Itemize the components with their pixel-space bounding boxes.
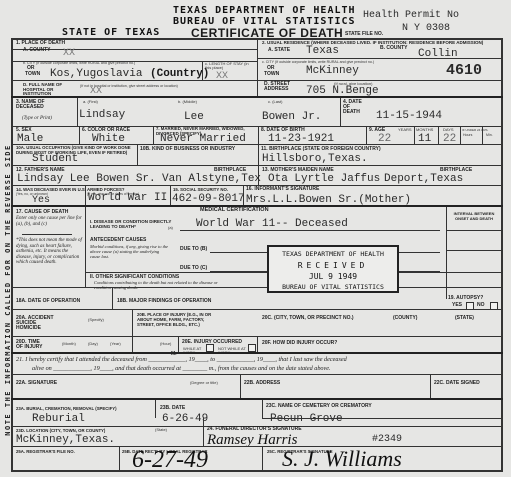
res-state-value: Texas xyxy=(306,46,339,57)
state-title: STATE OF TEXAS xyxy=(62,27,160,38)
injury-state-label: (STATE) xyxy=(455,316,474,321)
address-label: 22b. ADDRESS xyxy=(244,381,280,386)
pod-county-value: XX xyxy=(63,48,75,59)
res-state-label: a. STATE xyxy=(268,48,290,53)
time-hour: (Hour) xyxy=(160,342,171,346)
pod-city-value: Kos,Yugoslavia xyxy=(50,69,142,80)
burial-date-value: 6-26-49 xyxy=(162,414,208,425)
time-year: (Year) xyxy=(110,342,121,346)
age-months-label: MONTHS xyxy=(416,128,433,132)
sex-value: Male xyxy=(17,134,43,145)
res-city-value: McKinney xyxy=(306,66,359,77)
age-days-label: DAYS xyxy=(443,128,454,132)
dob-value: 11-23-1921 xyxy=(268,134,334,145)
ssn-label: 15. SOCIAL SECURITY NO. xyxy=(173,187,228,192)
certify-line1: 21. I hereby certify that I attended the… xyxy=(16,357,347,363)
cause-note2: *This does not mean the mode of dying, s… xyxy=(16,238,82,266)
registrar-signature: S. J. Williams xyxy=(282,448,402,470)
pod-stay-value: XX xyxy=(216,71,228,82)
res-number-value: 4610 xyxy=(446,63,482,78)
min-label: Min. xyxy=(486,133,493,137)
armed-value: Yes xyxy=(32,195,50,206)
time-month: (Month) xyxy=(62,342,76,346)
dept-title-line1: TEXAS DEPARTMENT OF HEALTH xyxy=(173,5,356,16)
registrar-file-label: 25a. REGISTRAR'S FILE NO. xyxy=(16,449,75,454)
occupation-value: Student xyxy=(32,154,78,165)
stamp-line4: BUREAU OF VITAL STATISTICS xyxy=(269,283,397,291)
marital-value: Never Married xyxy=(160,134,246,145)
dod-value: 11-15-1944 xyxy=(376,111,442,122)
due-to-c: DUE TO (c) xyxy=(180,266,207,271)
place-of-death-label: 1. PLACE OF DEATH xyxy=(16,41,65,46)
age-years-label: YEARS xyxy=(398,128,412,132)
burial-date-label: 23b. DATE xyxy=(160,406,185,411)
certify-line2: alive on ____________, 19____, and that … xyxy=(32,366,331,372)
autopsy-no-label: NO xyxy=(477,303,485,308)
birthplace-value: Hillsboro,Texas. xyxy=(262,154,368,165)
degree-label: (Degree or title) xyxy=(190,381,218,385)
mother-birthplace-value: Deport,Texas xyxy=(384,174,463,185)
middle-name-label: b. (Middle) xyxy=(178,100,197,104)
stamp-line3: JUL 9 1949 xyxy=(269,272,397,281)
father-value: Lindsay Lee Bowen Sr. xyxy=(17,174,156,185)
first-name-label: a. (First) xyxy=(83,100,98,104)
pod-county-label: a. COUNTY xyxy=(23,48,51,53)
birthplace-label: 11. BIRTHPLACE (State or foreign country… xyxy=(261,147,381,152)
place-injury-label: 20b. PLACE OF INJURY (e.g., in or about … xyxy=(137,312,222,327)
cemetery-value: Pecun Grove xyxy=(270,414,343,425)
first-name-value: Lindsay xyxy=(79,110,125,121)
antecedent-label: ANTECEDENT CAUSES xyxy=(90,238,146,243)
received-stamp: TEXAS DEPARTMENT OF HEALTH RECEIVED JUL … xyxy=(267,245,399,293)
antecedent-note: Morbid conditions, if any, giving rise t… xyxy=(90,245,170,259)
war-value: World War II xyxy=(88,193,167,204)
health-permit-line2: N Y 0308 xyxy=(402,23,450,34)
signature-label: 22a. SIGNATURE xyxy=(16,381,57,386)
other-conditions-note: Conditions contributing to the death but… xyxy=(94,281,234,291)
autopsy-label: 19. AUTOPSY? xyxy=(448,296,483,301)
funeral-director-number: #2349 xyxy=(372,434,402,445)
date-signed-label: 22c. DATE SIGNED xyxy=(434,381,480,386)
location-value: McKinney,Texas. xyxy=(16,435,115,446)
age-months-value: 11 xyxy=(418,134,431,145)
disease-value: World War 11-- Deceased xyxy=(196,219,348,230)
race-value: White xyxy=(92,134,125,145)
res-city-label: c. CITY (If outside corporate limits, wr… xyxy=(262,60,374,64)
res-county-value: Collin xyxy=(418,49,458,60)
middle-name-value: Lee xyxy=(184,112,204,123)
location-state-label: (State) xyxy=(155,428,167,432)
name-label: 3. NAME OF DECEASED xyxy=(16,100,71,110)
autopsy-yes-label: YES xyxy=(452,303,462,308)
disease-a-label: (a) xyxy=(168,226,173,230)
location-label: 23d. LOCATION (City, town, or county) xyxy=(16,428,105,433)
stamp-line1: TEXAS DEPARTMENT OF HEALTH xyxy=(269,250,397,258)
under-24-label: IF UNDER 24 HRS. xyxy=(462,128,488,132)
pod-city-town: TOWN xyxy=(25,72,40,77)
cause-note: Enter only one cause per line for (a), (… xyxy=(16,216,82,227)
mother-value: Ota Lyrtle Jaffus xyxy=(268,174,380,185)
res-street-value: 705 N.Benge xyxy=(306,86,379,97)
father-birthplace-value: Van Alstyne,Tex xyxy=(162,174,261,185)
disease-label: I. DISEASE OR CONDITION DIRECTLY LEADING… xyxy=(90,219,175,229)
informant-value: Mrs.L.L.Bowen Sr.(Mother) xyxy=(246,195,411,206)
age-days-value: 22 xyxy=(443,134,456,145)
last-name-label: c. (Last) xyxy=(268,100,282,104)
registrar-date-value: 6-27-49 xyxy=(132,448,208,472)
name-note: (Type or Print) xyxy=(22,116,52,122)
burial-value: Reburial xyxy=(32,414,85,425)
pod-hospital-label: d. FULL NAME OF HOSPITAL OR INSTITUTION xyxy=(23,83,78,97)
due-to-b: DUE TO (b) xyxy=(180,247,207,252)
pod-stay-label: c. LENGTH OF STAY (in this place) xyxy=(205,62,255,70)
last-name-value: Bowen Jr. xyxy=(262,112,321,123)
res-county-label: b. COUNTY xyxy=(380,46,408,51)
pod-hospital-value: XX xyxy=(90,86,102,97)
ssn-value: 462-09-8017 xyxy=(172,194,245,205)
dod-label: 4. DATE OF DEATH xyxy=(343,100,365,115)
how-injury-label: 20f. HOW DID INJURY OCCUR? xyxy=(262,341,337,346)
hours-label: Hours xyxy=(463,133,472,137)
cemetery-label: 23c. NAME OF CEMETERY OR CREMATORY xyxy=(266,404,372,409)
injury-city-label: 20c. (CITY, TOWN, OR PRECINCT NO.) xyxy=(262,316,354,321)
time-day: (Day) xyxy=(88,342,98,346)
burial-label: 23a. BURIAL, CREMATION, REMOVAL (Specify… xyxy=(16,406,117,411)
time-injury-label: 20d. TIME OF INJURY xyxy=(16,340,46,350)
op-date-label: 18a. DATE OF OPERATION xyxy=(16,299,80,304)
pod-country-value: (Country) xyxy=(150,68,209,80)
op-findings-label: 18b. MAJOR FINDINGS OF OPERATION xyxy=(117,299,211,304)
not-while-work-checkbox[interactable] xyxy=(248,344,256,352)
while-work-checkbox[interactable] xyxy=(206,344,214,352)
res-city-town: TOWN xyxy=(264,72,279,77)
accident-label: 20a. ACCIDENT SUICIDE HOMICIDE xyxy=(16,316,60,331)
health-permit-line1: Health Permit No xyxy=(363,10,459,21)
interval-label: INTERVAL BETWEEN ONSET AND DEATH xyxy=(449,211,499,221)
res-street-label: d. STREET ADDRESS xyxy=(264,82,294,92)
medical-cert-title: MEDICAL CERTIFICATION xyxy=(200,208,269,213)
stamp-line2: RECEIVED xyxy=(269,261,397,270)
age-years-value: 22 xyxy=(378,134,391,145)
state-file-label: STATE FILE NO. xyxy=(345,32,383,37)
injury-county-label: (COUNTY) xyxy=(393,316,417,321)
informant-label: 16. INFORMANT'S SIGNATURE xyxy=(246,187,319,192)
cause-label: 17. CAUSE OF DEATH xyxy=(16,210,68,215)
business-label: 10b. KIND OF BUSINESS OR INDUSTRY xyxy=(140,147,235,152)
accident-specify: (Specify) xyxy=(88,318,104,322)
